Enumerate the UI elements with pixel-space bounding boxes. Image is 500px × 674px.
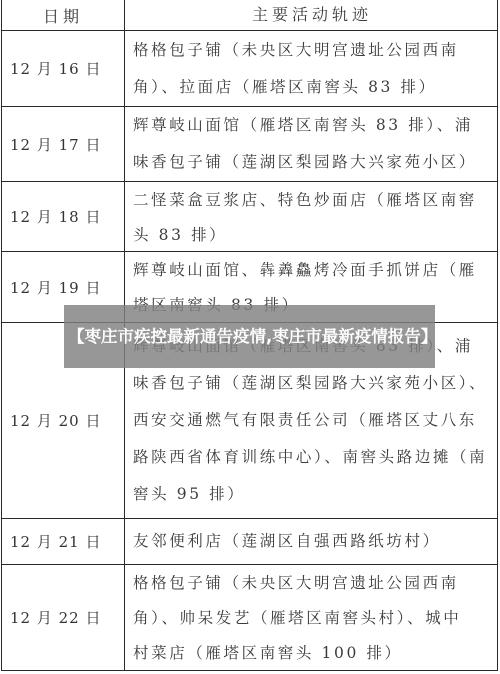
row-activity: 友邻便利店（莲湖区自强西路纸坊村） bbox=[125, 519, 497, 564]
activity-line: 二怪菜盒豆浆店、特色炒面店（雁塔区南窖 bbox=[133, 182, 491, 217]
activity-line: 味香包子铺（莲湖区梨园路大兴家苑小区） bbox=[133, 144, 491, 181]
activity-line: 窖头 95 排） bbox=[133, 476, 491, 513]
table-row: 12 月 16 日 格格包子铺（未央区大明宫遗址公园西南 角）、拉面店（雁塔区南… bbox=[2, 30, 497, 106]
row-activity: 格格包子铺（未央区大明宫遗址公园西南 角）、帅呆发艺（雁塔区南窖头村）、城中 村… bbox=[125, 565, 497, 670]
activity-line: 友邻便利店（莲湖区自强西路纸坊村） bbox=[133, 523, 491, 560]
overlay-title: 【枣庄市疾控最新通告疫情,枣庄市最新疫情报告】 bbox=[68, 324, 431, 349]
header-date: 日期 bbox=[2, 0, 125, 30]
row-activity: 辉尊岐山面馆（雁塔区南窖头 83 排）、浦 味香包子铺（莲湖区梨园路大兴家苑小区… bbox=[125, 107, 497, 181]
activity-line: 格格包子铺（未央区大明宫遗址公园西南 bbox=[133, 32, 491, 69]
activity-line: 味香包子铺（莲湖区梨园路大兴家苑小区）、 bbox=[133, 365, 491, 402]
table-row: 12 月 18 日 二怪菜盒豆浆店、特色炒面店（雁塔区南窖 头 83 排） bbox=[2, 181, 497, 251]
activity-line: 西安交通燃气有限责任公司（雁塔区丈八东 bbox=[133, 402, 491, 439]
row-date: 12 月 18 日 bbox=[2, 182, 125, 251]
activity-line: 头 83 排） bbox=[133, 217, 491, 252]
header-activity: 主要活动轨迹 bbox=[125, 0, 497, 30]
row-date: 12 月 17 日 bbox=[2, 107, 125, 181]
table-row: 12 月 17 日 辉尊岐山面馆（雁塔区南窖头 83 排）、浦 味香包子铺（莲湖… bbox=[2, 106, 497, 181]
activity-line: 村菜店（雁塔区南窖头 100 排） bbox=[133, 635, 491, 670]
activity-line: 格格包子铺（未央区大明宫遗址公园西南 bbox=[133, 565, 491, 600]
activity-line: 角）、帅呆发艺（雁塔区南窖头村）、城中 bbox=[133, 600, 491, 635]
table-row: 12 月 21 日 友邻便利店（莲湖区自强西路纸坊村） bbox=[2, 518, 497, 564]
row-activity: 格格包子铺（未央区大明宫遗址公园西南 角）、拉面店（雁塔区南窖头 83 排） bbox=[125, 31, 497, 106]
row-activity: 二怪菜盒豆浆店、特色炒面店（雁塔区南窖 头 83 排） bbox=[125, 182, 497, 251]
activity-line: 角）、拉面店（雁塔区南窖头 83 排） bbox=[133, 69, 491, 106]
activity-line: 辉尊岐山面馆（雁塔区南窖头 83 排）、浦 bbox=[133, 107, 491, 144]
activity-line: 路陕西省体育训练中心）、南窖头路边摊（南 bbox=[133, 439, 491, 476]
row-date: 12 月 16 日 bbox=[2, 31, 125, 106]
row-date: 12 月 21 日 bbox=[2, 519, 125, 564]
row-date: 12 月 22 日 bbox=[2, 565, 125, 670]
title-overlay-banner: 【枣庄市疾控最新通告疫情,枣庄市最新疫情报告】 bbox=[64, 305, 435, 368]
table-row: 12 月 22 日 格格包子铺（未央区大明宫遗址公园西南 角）、帅呆发艺（雁塔区… bbox=[2, 564, 497, 670]
table-header-row: 日期 主要活动轨迹 bbox=[2, 0, 497, 30]
activity-line: 辉尊岐山面馆、犇羴鱻烤冷面手抓饼店（雁 bbox=[133, 252, 491, 287]
